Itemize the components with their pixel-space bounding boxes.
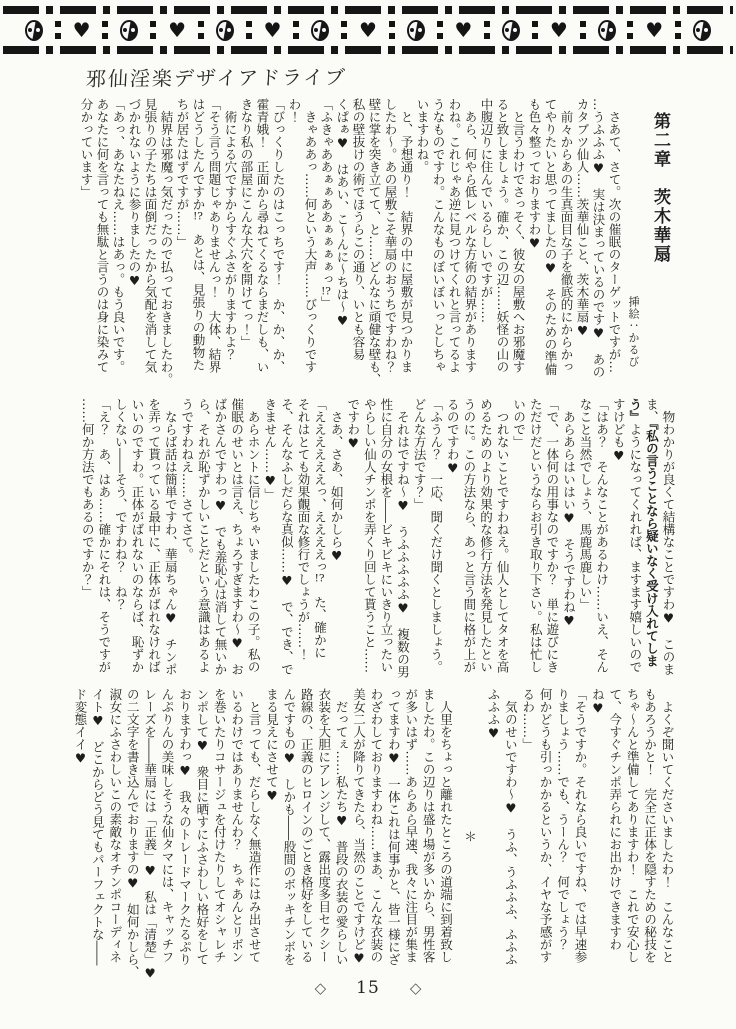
heart-icon: ♥ [454,20,472,40]
text-segment: わね。これじゃあ逆に見つけてくれと言ってるよ [447,98,462,373]
text-segment: と言うわけでさっそく、彼女の屋敷へお邪魔す [511,98,526,373]
text-line: 物わかりが良くて結構なことですわ♥ このま [659,398,676,688]
text-segment: 術による穴ですからすぐふさがりますわよ？ [223,98,238,361]
heart-icon: ♥ [550,20,568,40]
text-segment: ただけだというならお引き取り下さい。私は忙し [528,398,543,673]
text-segment: 「あっ、あなたねえ……はあっ。もう良いです。 [111,98,126,373]
text-line: カタブツ仙人……茨華仙こと、茨木華扇♥ [574,98,590,396]
text-segment: おりますわっ♥ 我々のトレードマークたるぷり [177,688,192,966]
text-segment: どんな方法です？」 [412,398,427,511]
text-segment: 私の壁抜けの術でほうらこの通り、いとも容易 [351,98,366,361]
text-segment: ら、それが恥ずかしいことだという意識はあるよ [196,398,211,673]
text-segment: と言っても、だらしなく無造作にはみ出させて [247,688,262,963]
text-line: イト♥ どこからどう見てもパーフェクトな―― [89,688,106,984]
text-segment: ふふふ♥ [486,688,501,741]
text-line: と言っても、だらしなく無造作にはみ出させて [246,688,263,984]
text-segment: わざわしておりますわね……まあ、こんな衣装の [369,688,384,963]
text-segment: 路線の、正義のヒロインのごとき格好をしている [299,688,314,963]
text-segment: まる見えにさせて♥ [264,688,279,803]
text-line: いますわね。 [414,98,430,396]
text-segment: つれないことですわねえ。仙人としてタオを高 [495,398,510,673]
text-line: ってますわ♥ 一体これは何事かと、皆一様にざ [385,688,402,984]
text-line: 中腹辺りに住んでいるらしいですが…… [478,98,494,396]
text-line: も色々整っておりますわ♥ [526,98,542,396]
text-segment: 何かどうも引っかかるというか、イヤな予感がす [538,688,553,963]
text-segment: ようになってくれれば、ますます嬉しいので [628,423,643,673]
text-segment: 「で、一体何の用事なのですか？ 単に遊びにき [545,398,560,673]
text-segment: うなものですわ。こんなものぼいぼいっとしちゃ [431,98,446,373]
series-title: 邪仙淫楽デザイアドライブ [85,61,347,92]
text-segment: めるためのより効果的な修行方法を発見したとい [478,398,493,673]
text-segment: ド変態イイ♥ [73,688,88,766]
text-segment: う』 [628,398,643,423]
text-segment: ってますわ♥ 一体これは何事かと、皆一様にざ [386,688,401,966]
yinyang-icon [502,20,520,41]
text-segment: あらあらはいはい♥ そうですわね♥ [561,398,576,628]
border-dash-bar-top [3,6,733,14]
heart-icon: ♥ [168,20,186,40]
border-dots [484,21,490,39]
page-number: 15 [356,978,380,998]
text-segment: 」 [319,296,334,309]
text-segment: ばかさんですわっ♥ でも羞恥心は消して無いか [213,398,228,676]
text-segment: カタブツ仙人……茨華仙こと、茨木華扇♥ [575,98,590,338]
text-line: 路線の、正義のヒロインのごとき格好をしている [298,688,315,984]
text-line: そ、そんなふしだらな真似……♥ で、でき、で [278,398,295,688]
text-segment: も色々整っておりますわ♥ [527,98,542,251]
text-segment: 「え？ あ、はあ……確かにそれは、そうですが [97,398,112,673]
text-segment: 「そうですか。それなら良いですね、では早速参 [573,688,588,963]
text-segment: くぱぁ♥ はあい、こ～んに～ちは～♥ [335,98,350,328]
text-line: さあて、さて。次の催眠のターゲットですが… [606,98,622,396]
footer-diamond-left: ◇ [315,979,327,997]
chapter-heading: 第二章 茨木華扇 [644,98,676,396]
yinyang-icon [407,20,425,41]
text-segment: と、予想通り！ 結界の中に屋敷が見つかりま [399,98,414,373]
text-line: あなたに何を言っても無駄と言うのは身に染みて [94,98,110,396]
text-segment: が多いはず……あらあら早速、我々に注目が集ま [404,688,419,963]
text-segment: 人里をちょっと離れたところの道端に到着致し [439,688,454,963]
text-segment: 性に自分の女根を――ビキビキにいきり立ったい [379,398,394,673]
text-line: それはですね～♥ うふふふふふ♥ 複数の男 [394,398,411,688]
text-line: ふふふ♥ [485,688,502,984]
text-line: ですわ♥ [344,398,361,688]
scanned-novel-page: ♥♥♥♥♥♥♥ 邪仙淫楽デザイアドライブ 第二章 茨木華扇 挿絵：かるび さあて… [0,0,736,1029]
text-line: すけども♥ [610,398,627,688]
text-line: ド変態イイ♥ [72,688,89,984]
text-line: 何かどうも引っかかるというか、イヤな予感がす [537,688,554,984]
border-dots [389,21,395,39]
text-line: くぱぁ♥ はあい、こ～んに～ちは～♥ [334,98,350,396]
text-line: めるためのより効果的な修行方法を発見したとい [477,398,494,688]
border-dots [246,21,252,39]
text-segment: いので」 [512,398,527,448]
footer-diamond-right: ◇ [410,979,422,997]
text-line: づかれないように参りましたの♥ [126,98,142,396]
text-line: はどうしたんですか!? あとは、見張りの動物た [190,98,206,396]
border-dots [532,21,538,39]
text-line: りましょう……でも、うーん？ 何でしょう？ [554,688,571,984]
text-segment: 前々からあの生真面目な子を徹底的にからかっ [559,98,574,373]
text-block-3: よくぞ聞いてくださいましたわ！ こんなこともあろうかと！ 完全に正体を隠すための… [72,688,676,984]
text-segment: しくない――そう、ですわね？ ね？ [113,398,128,611]
text-line: るわ……」 [519,688,536,984]
text-line: ま、『私の言うことなら疑いなく受け入れてしま [643,398,660,688]
text-line: 分かっています」 [78,98,94,396]
text-block-2: 物わかりが良くて結構なことですわ♥ このまま、『私の言うことなら疑いなく受け入れ… [79,398,676,688]
text-segment: うですわねえ……さてさて。 [180,398,195,561]
text-segment: …うふふふ♥ 実は決まっているのです♥ あの [591,98,606,378]
text-line: の二文字を書き込んでおりますの♥ 如何かしら、 [124,688,141,984]
text-line: 霍青娥！ 正面から尋ねてくるならまだしも、い [254,98,270,396]
text-segment: !? [320,286,332,297]
text-segment: 「はあ？ そんなことがあるわけ……いえ、そん [595,398,610,673]
border-dash-bar-bottom [3,46,733,54]
text-line: もあろうかと！ 完全に正体を隠すための秘技を [641,688,658,984]
text-line: てやりたいと思ってましたの♥ そのための準備 [542,98,558,396]
text-line: 「びっくりしたのはこっちです！ か、か、か、 [270,98,286,396]
text-segment: あらホントに信じちゃいましたわこの子。私の [246,398,261,673]
border-dots [437,21,443,39]
border-dots [341,21,347,39]
text-line: 「ええええええっ、ええええっ!? た、確かに [311,398,328,688]
text-segment: の二文字を書き込んでおりますの♥ 如何かしら、 [125,688,140,978]
text-line: ちゃ～んと準備してありますわ！ これで安心し [624,688,641,984]
text-line: 気のせいですわ～♥ うふ、うふふふ、ふふふ [502,688,519,984]
text-segment: 「そう言う問題じゃありませんっ！ 大体、結界 [207,98,222,373]
text-segment: いますわね。 [415,98,430,173]
text-line: あらホントに信じちゃいましたわこの子。私の [245,398,262,688]
heart-icon: ♥ [359,20,377,40]
text-line: いるわけではありませんわ？ ちゃあんとリボン [228,688,245,984]
text-segment: ましたわ。この辺りは盛り場が多いから、男性客 [421,688,436,963]
text-line: うのに。この方法なら、あっと言う間に格が上が [460,398,477,688]
text-segment: 美女二人が降りてきたら、当然のことですけど♥ [352,688,367,966]
text-line: だってぇ……私たち♥ 普段の衣装の愛らしい [333,688,350,984]
section-separator: ＊ [455,688,485,984]
text-line: したわ～。あの屋敷こそ華扇のおうちですわね？ [382,98,398,396]
text-line: いので」 [510,398,527,688]
text-line: 私の壁抜けの術でほうらこの通り、いとも容易 [350,98,366,396]
text-line: を弄って貰っている最中に、正体がばれなければ [145,398,162,688]
text-line: 性に自分の女根を――ビキビキにいきり立ったい [377,398,394,688]
text-segment: るのですわ♥ [445,398,460,476]
text-line: 見張りの子たちは面倒だったから気配を消して気 [142,98,158,396]
text-segment: ンポして♥ 衆目に晒すにふさわしい格好をして [195,688,210,966]
border-dots [150,21,156,39]
text-segment: やらしい仙人チンポを弄くり回して貰うこと…… [362,398,377,673]
text-line: るのですわ♥ [444,398,461,688]
text-segment: ですわ♥ [346,398,361,451]
text-line: 結界は邪魔っ気だったので払っておきましたわ。 [158,98,174,396]
text-segment: あら、何やら低レベルな方術の結界があります [463,98,478,373]
text-segment: いいのですわ。正体がばれないのならば、恥ずか [130,398,145,673]
text-segment: づかれないように参りましたの♥ [127,98,142,288]
text-segment: はどうしたんですか [191,98,206,211]
border-dots [580,21,586,39]
illustration-credit: 挿絵：かるび [622,98,644,396]
text-line: 「え？ あ、はあ……確かにそれは、そうですが [95,398,112,688]
yinyang-icon [120,20,138,41]
text-line: 「はあ？ そんなことがあるわけ……いえ、そん [593,398,610,688]
yinyang-icon [311,20,329,41]
text-line: ましたわ。この辺りは盛り場が多いから、男性客 [420,688,437,984]
yinyang-icon [25,20,43,41]
text-line: 人里をちょっと離れたところの道端に到着致し [437,688,454,984]
text-line: きなり私の部屋にこんな大穴を開けてっ！」 [238,98,254,396]
text-line: あら、何やら低レベルな方術の結界があります [462,98,478,396]
yinyang-icon [693,20,711,41]
text-segment: だってぇ……私たち♥ 普段の衣装の愛らしい [334,688,349,966]
text-line: あらあらはいはい♥ そうですわね♥ [560,398,577,688]
text-line: ンポして♥ 衆目に晒すにふさわしい格好をして [193,688,210,984]
text-line: 「そう言う問題じゃありませんっ！ 大体、結界 [206,98,222,396]
text-segment: 結界は邪魔っ気だったので払っておきましたわ。 [159,98,174,386]
text-segment: !? [192,211,204,222]
text-line: きません……♥」 [261,398,278,688]
text-segment: さあて、さて。次の催眠のターゲットですが… [607,98,622,373]
text-line: 「ふきゃああぁぁああぁぁぁぁっ!?」 [318,98,334,396]
text-segment: 霍青娥！ 正面から尋ねてくるならまだしも、い [255,98,270,373]
text-segment: 中腹辺りに住んでいるらしいですが…… [479,98,494,323]
border-dots [627,21,633,39]
text-segment: てやりたいと思ってましたの♥ そのための準備 [543,98,558,376]
text-line: どんな方法です？」 [411,398,428,688]
text-segment: 催眠のせいとは言え、ちょろすぎますわ～♥ お [230,398,245,676]
text-segment: ……何か方法でもあるのですか？」 [80,398,95,598]
text-line: を巻いたりコサージュを付けたりしてオシャレチ [211,688,228,984]
text-segment: 「ふきゃああぁぁああぁぁぁぁっ [319,98,334,286]
text-segment: そ、そんなふしだらな真似……♥ で、でき、で [279,398,294,676]
text-segment: りましょう……でも、うーん？ 何でしょう？ [556,688,571,951]
text-line: いいのですわ。正体がばれないのならば、恥ずか [128,398,145,688]
text-line: ならば話は簡単ですわ、華扇ちゃん♥ チンポ [162,398,179,688]
text-segment: ちゃ～んと準備してありますわ！ これで安心し [625,688,640,963]
text-line: と言うわけでさっそく、彼女の屋敷へお邪魔す [510,98,526,396]
text-line: ちが居たはずですが……」 [174,98,190,396]
heart-icon: ♥ [264,20,282,40]
text-line: わ！ [286,98,302,396]
text-segment: ると致しましょう。確か、この辺……妖怪の山の [495,98,510,373]
text-line: なこと当然でしょう、馬鹿馬鹿しい」 [576,398,593,688]
text-line: 「で、一体何の用事なのですか？ 単に遊びにき [543,398,560,688]
yinyang-icon [598,20,616,41]
text-segment: それはとても効果覿面な修行でしょうが……！ [296,398,311,661]
text-line: しくない――そう、ですわね？ ね？ [112,398,129,688]
text-line: わざわしておりますわね……まあ、こんな衣装の [368,688,385,984]
text-segment: さあ、さあ、如何かしら♥ [329,398,344,563]
text-segment: イト♥ どこからどう見てもパーフェクトな―― [90,688,105,966]
header-border: ♥♥♥♥♥♥♥ [3,6,733,54]
text-segment: 淑女にふさわしいこの素敵なオチンポコーディネ [108,688,123,963]
text-line: 「そうですか。それなら良いですね、では早速参 [572,688,589,984]
text-segment: いるわけではありませんわ？ ちゃあんとリボン [230,688,245,963]
text-line: ただけだというならお引き取り下さい。私は忙し [527,398,544,688]
heart-icon: ♥ [645,20,663,40]
text-segment: 衣装を大胆にアレンジして、露出度多目セクシー [317,688,332,963]
text-segment: ならば話は簡単ですわ、華扇ちゃん♥ チンポ [163,398,178,676]
text-line: やらしい仙人チンポを弄くり回して貰うこと…… [361,398,378,688]
text-segment: !? [314,573,326,584]
text-segment: あなたに何を言っても無駄と言うのは身に染みて [95,98,110,373]
text-block-1: 第二章 茨木華扇 挿絵：かるび さあて、さて。次の催眠のターゲットですが……うふ… [78,98,676,396]
text-segment: を巻いたりコサージュを付けたりしてオシャレチ [212,688,227,963]
text-segment: 物わかりが良くて結構なことですわ♥ このま [661,398,676,676]
text-segment: したわ～。あの屋敷こそ華扇のおうちですわね？ [383,98,398,373]
text-segment: きません……♥」 [263,398,278,501]
text-segment: それはですね～♥ うふふふふふ♥ 複数の男 [396,398,411,678]
text-line: よくぞ聞いてくださいましたわ！ こんなこと [659,688,676,984]
text-segment: うのに。この方法なら、あっと言う間に格が上が [462,398,477,673]
text-line: うですわねえ……さてさて。 [178,398,195,688]
text-line: う』ようになってくれれば、ますます嬉しいので [626,398,643,688]
text-line: 術による穴ですからすぐふさがりますわよ？ [222,98,238,396]
text-line: おりますわっ♥ 我々のトレードマークたるぷり [176,688,193,984]
text-segment: きゃああっ……何という大声……びっくりです [303,98,318,373]
text-line: ら、それが恥ずかしいことだという意識はあるよ [195,398,212,688]
text-segment: を弄って貰っている最中に、正体がばれなければ [147,398,162,673]
text-line: て、今すぐチンポ弄られにお出かけできますわ [606,688,623,984]
text-line: んですもの♥ しかも――股間のボッキチンボを [280,688,297,984]
border-dots [198,21,204,39]
text-line: 催眠のせいとは言え、ちょろすぎますわ～♥ お [228,398,245,688]
text-segment: なこと当然でしょう、馬鹿馬鹿しい」 [578,398,593,611]
text-line: まる見えにさせて♥ [263,688,280,984]
text-line: それはとても効果覿面な修行でしょうが……！ [294,398,311,688]
text-line: ると致しましょう。確か、この辺……妖怪の山の [494,98,510,396]
text-segment: 『私の言うことなら疑いなく受け入れてしま [644,423,659,667]
text-line: んぷりんの美味しそうな仙タマには、キャッチフ [159,688,176,984]
header-border-symbols: ♥♥♥♥♥♥♥ [3,17,733,43]
border-dots [55,21,61,39]
text-segment: んですもの♥ しかも――股間のボッキチンボを [282,688,297,966]
text-segment: あとは、見張りの動物た [191,221,206,371]
text-segment: ね♥ [590,688,605,716]
text-line: …うふふふ♥ 実は決まっているのです♥ あの [590,98,606,396]
text-segment: 「ふうん？ 一応、聞くだけ聞くとしましょう。 [429,398,444,673]
text-line: つれないことですわねえ。仙人としてタオを高 [493,398,510,688]
text-line: と、予想通り！ 結界の中に屋敷が見つかりま [398,98,414,396]
text-segment: よくぞ聞いてくださいましたわ！ こんなこと [660,688,675,963]
text-segment: 見張りの子たちは面倒だったから気配を消して気 [143,98,158,373]
border-dots [102,21,108,39]
text-line: が多いはず……あらあら早速、我々に注目が集ま [402,688,419,984]
yinyang-icon [216,20,234,41]
text-line: 前々からあの生真面目な子を徹底的にからかっ [558,98,574,396]
text-segment: るわ……」 [521,688,536,751]
text-segment: 気のせいですわ～♥ うふ、うふふふ、ふふふ [503,688,518,966]
text-line: 淑女にふさわしいこの素敵なオチンポコーディネ [106,688,123,984]
border-dots [675,21,681,39]
text-line: わね。これじゃあ逆に見つけてくれと言ってるよ [446,98,462,396]
text-line: うなものですわ。こんなものぼいぼいっとしちゃ [430,98,446,396]
text-segment: すけども♥ [611,398,626,463]
text-segment: た、確かに [313,584,328,659]
text-line: ばかさんですわっ♥ でも羞恥心は消して無いか [211,398,228,688]
text-line: きゃああっ……何という大声……びっくりです [302,98,318,396]
text-segment: わ！ [287,98,302,123]
text-segment: 「ええええええっ、ええええっ [313,398,328,573]
text-segment: んぷりんの美味しそうな仙タマには、キャッチフ [160,688,175,963]
text-segment: ま、 [644,398,659,423]
text-segment: て、今すぐチンポ弄られにお出かけできますわ [608,688,623,951]
text-line: 衣装を大胆にアレンジして、露出度多目セクシー [315,688,332,984]
border-dots [293,21,299,39]
text-line: 美女二人が降りてきたら、当然のことですけど♥ [350,688,367,984]
text-segment: ちが居たはずですが……」 [175,98,190,248]
text-line: 壁に掌を突き立てて、と……どんなに頑健な壁も、 [366,98,382,396]
text-segment: レーズを――華扇には「正義」♥ 私は「清楚」♥ [143,688,158,981]
text-line: 「あっ、あなたねえ……はあっ。もう良いです。 [110,98,126,396]
text-line: さあ、さあ、如何かしら♥ [328,398,345,688]
text-segment: 分かっています」 [79,98,94,198]
text-segment: きなり私の部屋にこんな大穴を開けてっ！」 [239,98,254,348]
text-line: レーズを――華扇には「正義」♥ 私は「清楚」♥ [141,688,158,984]
text-line: ……何か方法でもあるのですか？」 [79,398,96,688]
text-segment: 「びっくりしたのはこっちです！ か、か、か、 [271,98,286,373]
heart-icon: ♥ [73,20,91,40]
text-segment: 壁に掌を突き立てて、と……どんなに頑健な壁も、 [367,98,382,386]
page-footer: ◇ 15 ◇ [0,978,736,998]
text-segment: もあろうかと！ 完全に正体を隠すための秘技を [643,688,658,963]
text-line: ね♥ [589,688,606,984]
text-line: 「ふうん？ 一応、聞くだけ聞くとしましょう。 [427,398,444,688]
